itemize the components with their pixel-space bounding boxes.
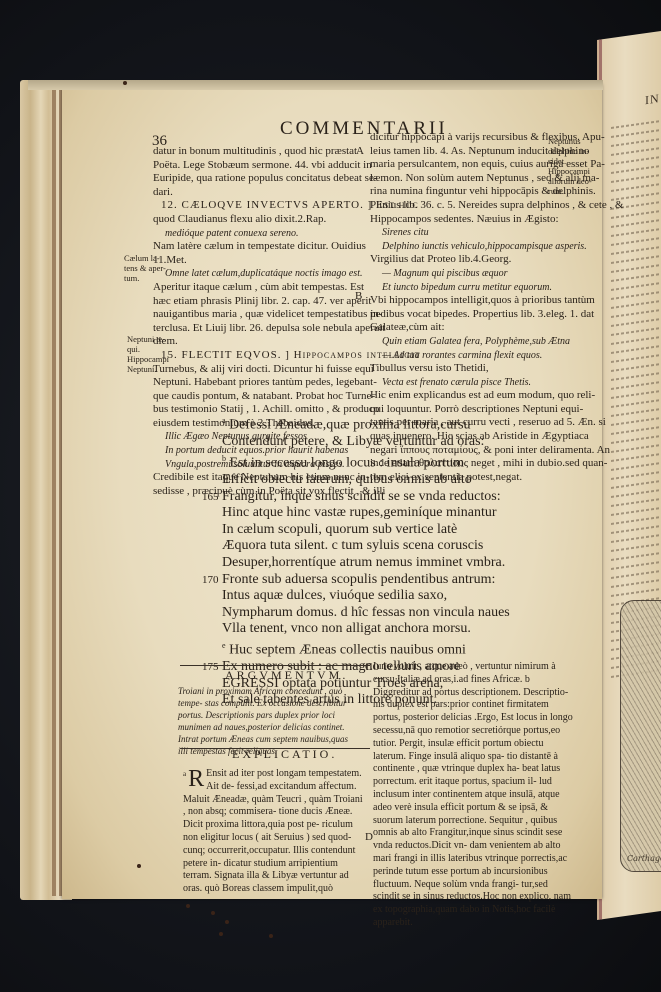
- foxing-spot: [269, 934, 273, 938]
- text-line: Virgilius dat Proteo lib.4.Georg.: [370, 253, 586, 267]
- verse-text: Fronte sub aduersa scopulis pendentibus …: [222, 572, 495, 587]
- text-line: Poëta. Lege Stobæum sermone. 44. vbi add…: [153, 159, 371, 173]
- verse-text: Frangitur, inque sinus scindit se se vnd…: [222, 489, 501, 504]
- note-marker: b: [222, 454, 226, 463]
- verse-line: a Defessi Æneadæ,quæ proxima littora,cur…: [222, 413, 510, 434]
- verse-line: Intus aquæ dulces, viuóque sedilia saxo,: [222, 588, 510, 605]
- quotation-line: — Magnum qui piscibus æquor: [370, 267, 586, 281]
- margin-note: Neptuni æ- qui. Hippocampi Neptuni.: [127, 334, 169, 374]
- quotation-line: — Ad tua rorantes carmina flexit equos.: [370, 349, 586, 363]
- page-top-edge: [28, 80, 603, 90]
- text-line: Turnebus, & alij viri docti. Dicuntur hi…: [153, 363, 371, 377]
- text-line: dari.: [153, 186, 371, 200]
- text-line: diem.: [153, 335, 371, 349]
- verse-text: Æquora tuta silent. c tum syluis scena c…: [222, 538, 483, 553]
- verse-text: Intus aquæ dulces, viuóque sedilia saxo,: [222, 588, 447, 603]
- note-marker: a: [222, 416, 226, 425]
- verse-text: Contendunt petere, & Libyæ vertuntur ad …: [222, 434, 484, 449]
- foxing-spot: [137, 864, 141, 868]
- verse-text: Desuper,horrentíque atrum nemus imminet …: [222, 555, 505, 570]
- verse-line: Efficit obiectu laterum, quibus omnis ab…: [222, 472, 510, 489]
- section-letter: B: [355, 290, 362, 302]
- text-line: Aperitur itaque cælum , cùm abit tempest…: [153, 281, 371, 295]
- verse-line: Hinc atque hinc vastæ rupes,geminíque mi…: [222, 505, 510, 522]
- quotation-line: Vecta est frenato cærula pisce Thetis.: [370, 376, 586, 390]
- verse-text: Vlla tenent, vnco non alligat anchora mo…: [222, 621, 471, 636]
- woodcut-illustration: Carthago: [620, 600, 661, 872]
- lemma-line: 12. CÆLOQVE INVECTVS APERTO. ] Est hoc: [153, 199, 371, 213]
- verse-line: Contendunt petere, & Libyæ vertuntur ad …: [222, 434, 510, 451]
- text-line: hæc etiam phrasis Plinij libr. 2. cap. 4…: [153, 295, 371, 309]
- verse-line: 170Fronte sub aduersa scopulis pendentib…: [222, 572, 510, 589]
- text-line: 11.Met.: [153, 254, 371, 268]
- explicatio-body-right: Iuno voluit , atque adeò , vertuntur nim…: [373, 661, 573, 930]
- text-line: datur in bonum multitudinis , quod hic p…: [153, 145, 371, 159]
- text-line: Galateæ,cùm ait:: [370, 321, 586, 335]
- drop-cap: R: [188, 768, 204, 790]
- line-number: 175: [202, 659, 219, 676]
- verse-text: Huc septem Æneas collectis nauibus omni: [229, 643, 466, 658]
- quotation-line: Omne latet cælum,duplicatáque noctis ima…: [153, 267, 371, 281]
- text-line: quod Claudianus flexu alio dixit.2.Rap.: [153, 213, 371, 227]
- explicatio-heading: EXPLICATIO.: [232, 747, 337, 762]
- section-letter: A: [356, 145, 364, 157]
- note-marker: a: [183, 768, 186, 781]
- verse-line: Æquora tuta silent. c tum syluis scena c…: [222, 538, 510, 555]
- verse-text: Defessi Æneadæ,quæ proxima littora,cursu: [229, 418, 470, 433]
- verse-line: Vlla tenent, vnco non alligat anchora mo…: [222, 621, 510, 638]
- section-rule: [180, 665, 370, 666]
- foxing-spot: [186, 904, 190, 908]
- verse-line: Desuper,horrentíque atrum nemus imminet …: [222, 555, 510, 572]
- line-number: 165: [202, 489, 219, 506]
- line-number: 170: [202, 572, 219, 589]
- text-line: Hic enim explicandus est ad eum modum, q…: [370, 389, 586, 403]
- text-line: que caudis pontum, & natabant. Probat ho…: [153, 390, 371, 404]
- margin-note: Cælum la- tens & aper- tum.: [124, 253, 166, 283]
- verse-text: Nympharum domus. d hîc fessas non vincul…: [222, 605, 510, 620]
- text-line: Neptuni. Habebant priores tantùm pedes, …: [153, 376, 371, 390]
- text-line: Plinius lib. 36. c. 5. Nereides supra de…: [370, 199, 586, 213]
- verse-text: Efficit obiectu laterum, quibus omnis ab…: [222, 472, 472, 487]
- verse-text: Est in secessu longo locus : insula port…: [230, 456, 464, 471]
- binding-band: [52, 88, 56, 896]
- quotation-line: Sirenes citu: [370, 226, 586, 240]
- argumentum-heading: ARGVMENTVM.: [225, 668, 348, 683]
- verse-line: b Est in secessu longo locus : insula po…: [222, 451, 510, 472]
- verse-line: Nympharum domus. d hîc fessas non vincul…: [222, 605, 510, 622]
- text-line: pedibus vocat bipedes. Propertius lib. 3…: [370, 308, 586, 322]
- text-line: terclusa. Et Liuij libr. 26. depulsa sol…: [153, 322, 371, 336]
- woodcut-caption: Carthago: [627, 854, 661, 863]
- verse-text: In cælum scopuli, quorum sub vertice lat…: [222, 522, 457, 537]
- text-line: Hippocampos sedentes. Næuius in Ægisto:: [370, 213, 586, 227]
- text-line: Euripide, qua ratione populus concitatus…: [153, 172, 371, 186]
- text-line: nauigantibus maria , quæ videlicet tempe…: [153, 308, 371, 322]
- text-line: Tibullus versu isto Thetidi,: [370, 362, 586, 376]
- text-line: Nam latère cælum in tempestate dicitur. …: [153, 240, 371, 254]
- explicatio-text: Ensit ad iter post longam tempestatem. A…: [183, 768, 363, 894]
- quotation-line: Et iuncto bipedum curru metitur equorum.: [370, 281, 586, 295]
- foxing-spot: [211, 911, 215, 915]
- quotation-line: Delphino iunctis vehiculo,hippocampisque…: [370, 240, 586, 254]
- quotation-line: Quin etiam Galatea fera, Polyphème,sub Æ…: [370, 335, 586, 349]
- verse-line: 165Frangitur, inque sinus scindit se se …: [222, 489, 510, 506]
- lemma-line: 15. FLECTIT EQVOS. ] Hippocampos intelli…: [153, 349, 371, 363]
- foxing-spot: [225, 920, 229, 924]
- margin-note: Neptunus delphino in- sidet. Hippocampi …: [548, 136, 592, 196]
- quotation-line: medióque patent conuexa sereno.: [153, 227, 371, 241]
- explicatio-body-left: a R Ensit ad iter post longam tempestate…: [183, 768, 367, 896]
- verse-line: In cælum scopuli, quorum sub vertice lat…: [222, 522, 510, 539]
- foxing-spot: [219, 932, 223, 936]
- facing-running-head: IN: [645, 91, 660, 108]
- note-marker: e: [222, 641, 226, 650]
- verse-line: e Huc septem Æneas collectis nauibus omn…: [222, 638, 510, 659]
- foxing-spot: [123, 81, 127, 85]
- verse-text: Hinc atque hinc vastæ rupes,geminíque mi…: [222, 505, 497, 520]
- text-line: Vbi hippocampos intelligit,quos à priori…: [370, 294, 586, 308]
